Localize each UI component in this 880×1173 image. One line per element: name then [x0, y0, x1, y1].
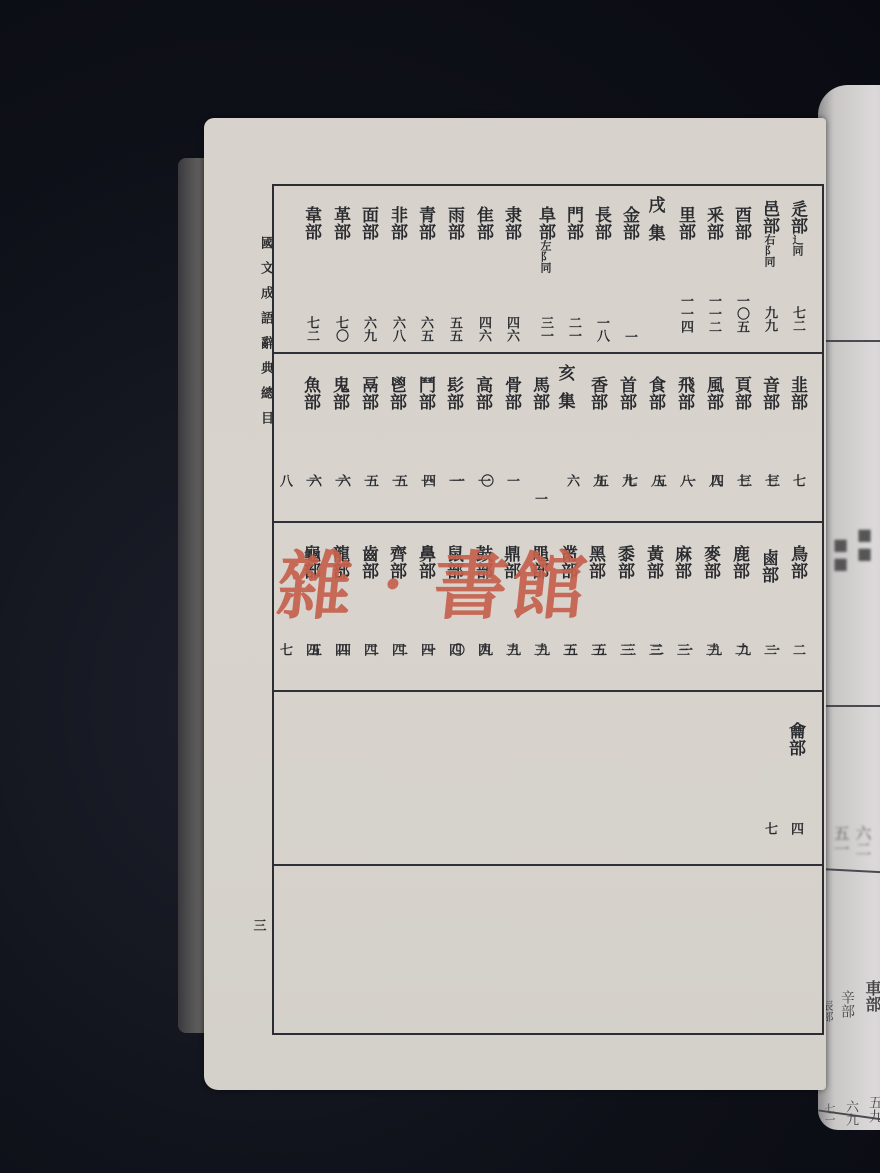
section-divider	[274, 864, 822, 866]
index-entry: 首部 九五	[613, 376, 639, 410]
page-ref: 三五	[582, 643, 608, 656]
index-entry: 阜部 左阝同 三一	[532, 206, 558, 356]
index-entry: 門部 二一	[560, 206, 586, 356]
index-entry: 骨部 一〇	[498, 376, 524, 410]
index-entry: 鼠部 四一	[440, 545, 466, 579]
radical-name: 麻部	[668, 545, 694, 579]
index-entry: 鳥部 二一	[784, 545, 810, 579]
index-entry: 龍部 四五	[326, 545, 352, 579]
page-ref: 一一四	[672, 294, 698, 333]
page-ref: 四六	[470, 316, 496, 342]
radical-name: 食部	[642, 376, 668, 410]
page-ref: 八一	[700, 474, 726, 487]
index-entry: 非部 六八	[384, 206, 410, 356]
page-ref: 四二	[383, 643, 409, 656]
radical-name: 龍部	[326, 545, 352, 579]
radical-name: 鬥部	[412, 376, 438, 410]
next-entry-radical: 辛部	[840, 990, 854, 1018]
radical-name: 辵部	[784, 200, 810, 234]
radical-name: 非部	[384, 206, 410, 240]
page-ref: 四六	[498, 316, 524, 342]
radical-name: 青部	[412, 206, 438, 240]
page-ref: 一四	[440, 474, 466, 487]
page-ref: 一一	[469, 474, 495, 487]
collection-label: 集	[554, 388, 580, 416]
radical-name: 頁部	[728, 376, 754, 410]
page-ref: 一〇五	[728, 294, 754, 333]
page-ref: 三三	[640, 643, 666, 656]
index-entry: 隹部 四六	[470, 206, 496, 356]
next-entry-page: 五九	[868, 1095, 880, 1123]
index-entry: 鬥部 一五	[412, 376, 438, 410]
page-ref: 九六	[584, 474, 610, 487]
index-entry: 音部 七三	[756, 376, 782, 410]
page-ref: 三五	[611, 643, 637, 656]
blurred-text: ■■	[856, 525, 872, 563]
rule-line	[818, 868, 880, 874]
radical-name: 革部	[327, 206, 353, 240]
index-entry: 香部 九六	[584, 376, 610, 410]
radical-name: 馬部	[526, 376, 552, 410]
page-ref: 六五	[412, 316, 438, 342]
radical-name: 雨部	[441, 206, 467, 240]
index-entry: 酉部 一〇五	[728, 206, 754, 356]
radical-name: 音部	[756, 376, 782, 410]
index-entry: 鹵部 二九	[755, 549, 781, 583]
page-ref: 六八	[384, 316, 410, 342]
blurred-text: ■■	[832, 535, 848, 573]
page-ref: 一八	[588, 316, 614, 342]
index-entry: 龜部 四七	[297, 545, 323, 579]
page-ref: 一	[616, 330, 642, 343]
radical-name: 鼓部	[469, 545, 495, 579]
rule-line	[818, 705, 880, 707]
page-ref: 三一	[697, 643, 723, 656]
page-ref: 三一	[532, 316, 558, 342]
index-entry: 麻部 三二	[668, 545, 694, 579]
page-ref: 七四	[728, 474, 754, 487]
page-ref: 七二	[298, 316, 324, 342]
index-entry: 黽部 三九	[525, 545, 551, 579]
page-ref: 四五	[326, 643, 352, 656]
index-entry: 里部 一一四	[672, 206, 698, 356]
page-ref: 一〇	[498, 474, 524, 487]
next-entry-page: 七一	[824, 1103, 835, 1125]
index-entry: 青部 六五	[412, 206, 438, 356]
page-ref: 八七	[642, 474, 668, 487]
radical-name: 龠部	[782, 722, 808, 756]
page-ref: 七三	[784, 474, 810, 487]
radical-name: 鼎部	[497, 545, 523, 579]
page-ref: 一六	[326, 474, 352, 487]
radical-name: 阜部	[532, 206, 558, 240]
radical-name: 飛部	[671, 376, 697, 410]
radical-name: 韭部	[784, 376, 810, 410]
index-section-4: 龠部 四七	[274, 692, 822, 864]
radical-name: 髟部	[440, 376, 466, 410]
radical-name: 鼻部	[412, 545, 438, 579]
index-entry: 魚部 一八	[297, 376, 323, 410]
next-entry-radical: 車部	[864, 980, 880, 1012]
collection-name: 戌	[644, 192, 670, 220]
page-ref: 一五	[412, 474, 438, 487]
radical-name: 鬯部	[383, 376, 409, 410]
radical-name: 骨部	[498, 376, 524, 410]
index-entry: 食部 八七	[642, 376, 668, 410]
radical-name: 高部	[469, 376, 495, 410]
page-ref: 四〇	[469, 643, 495, 656]
index-entry: 隶部 四六	[498, 206, 524, 356]
page-ref: 一	[526, 492, 552, 505]
radical-name: 風部	[700, 376, 726, 410]
radical-name: 酉部	[728, 206, 754, 240]
radical-name: 面部	[355, 206, 381, 240]
radical-name: 黃部	[640, 545, 666, 579]
page-ref: 二一	[784, 643, 810, 656]
page-ref: 七三	[756, 474, 782, 487]
index-entry: 馬部 一	[526, 376, 552, 410]
page-ref: 三九	[497, 643, 523, 656]
radical-name: 里部	[672, 206, 698, 240]
collection-heading: 亥 集	[554, 360, 580, 416]
radical-note: 辶同	[790, 234, 804, 256]
next-entry-page: 六九	[844, 1100, 857, 1126]
radical-name: 齊部	[383, 545, 409, 579]
radical-name: 首部	[613, 376, 639, 410]
page-ref: 四七	[297, 643, 323, 656]
radical-name: 鳥部	[784, 545, 810, 579]
radical-name: 齒部	[355, 545, 381, 579]
index-entry: 邑部 右阝同 九九	[756, 200, 782, 350]
radical-name: 隹部	[470, 206, 496, 240]
blurred-page: 五一	[832, 825, 848, 857]
radical-name: 隶部	[498, 206, 524, 240]
radical-name: 黑部	[582, 545, 608, 579]
radical-name: 鬲部	[355, 376, 381, 410]
radical-note: 右阝同	[762, 234, 776, 267]
page-ref: 一一二	[700, 294, 726, 333]
page-number: 三	[250, 915, 270, 934]
running-head: 國文成語辭典總目	[248, 236, 272, 436]
index-entry: 面部 六九	[355, 206, 381, 356]
page-ref: 一六	[355, 474, 381, 487]
radical-name: 黹部	[554, 545, 580, 579]
radical-name: 門部	[560, 206, 586, 240]
index-entry: 黹部 三九	[554, 545, 580, 579]
index-entry: 辵部 辶同 七二	[784, 200, 810, 350]
index-frame: 辵部 辶同 七二 邑部 右阝同 九九 酉部 一〇五 釆部 一一二 里部 一一四 …	[272, 184, 824, 1035]
index-entry: 黃部 三三	[640, 545, 666, 579]
radical-name: 金部	[616, 206, 642, 240]
blurred-page: 六二	[854, 825, 870, 857]
index-entry: 龠部 四七	[782, 722, 808, 756]
index-section-1: 辵部 辶同 七二 邑部 右阝同 九九 酉部 一〇五 釆部 一一二 里部 一一四 …	[274, 186, 822, 352]
index-entry: 鹿部 二九	[726, 545, 752, 579]
page-ref: 三二	[668, 643, 694, 656]
page-ref: 九五	[613, 474, 639, 487]
rule-line	[818, 340, 880, 342]
page-ref: 八五	[671, 474, 697, 487]
page-ref: 六九	[355, 316, 381, 342]
index-entry: 鼎部 三九	[497, 545, 523, 579]
page-ref: 四二	[412, 643, 438, 656]
index-entry: 鬲部 一六	[355, 376, 381, 410]
index-entry: 齒部 四四	[355, 545, 381, 579]
index-entry: 革部 七〇	[327, 206, 353, 356]
page-ref: 四四	[355, 643, 381, 656]
radical-name: 邑部	[756, 200, 782, 234]
radical-name: 鹿部	[726, 545, 752, 579]
collection-label: 集	[644, 220, 670, 248]
radical-name: 黍部	[611, 545, 637, 579]
radical-note: 左阝同	[538, 240, 552, 273]
page-ref: 四七	[782, 822, 808, 835]
index-entry: 鼓部 四〇	[469, 545, 495, 579]
page-ref: 七〇	[327, 316, 353, 342]
index-entry: 髟部 一四	[440, 376, 466, 410]
index-entry: 鬯部 一五	[383, 376, 409, 410]
index-entry: 飛部 八五	[671, 376, 697, 410]
page-ref: 三九	[554, 643, 580, 656]
radical-name: 長部	[588, 206, 614, 240]
index-entry: 鬼部 一六	[326, 376, 352, 410]
page-ref: 一八	[297, 474, 323, 487]
index-entry: 麥部 三一	[697, 545, 723, 579]
index-entry: 雨部 五五	[441, 206, 467, 356]
index-entry: 長部 一八	[588, 206, 614, 356]
index-entry: 鼻部 四二	[412, 545, 438, 579]
page-ref: 三九	[525, 643, 551, 656]
radical-name: 鼠部	[440, 545, 466, 579]
index-entry: 齊部 四二	[383, 545, 409, 579]
page-ref: 九九	[756, 306, 782, 332]
index-section-2: 韭部 七三 音部 七三 頁部 七四 風部 八一 飛部 八五 食部 八七 首部 九…	[274, 354, 822, 520]
radical-name: 龜部	[297, 545, 323, 579]
collection-heading: 戌 集	[644, 192, 670, 248]
radical-name: 麥部	[697, 545, 723, 579]
radical-name: 韋部	[298, 206, 324, 240]
index-entry: 頁部 七四	[728, 376, 754, 410]
index-entry: 黑部 三五	[582, 545, 608, 579]
index-entry: 釆部 一一二	[700, 206, 726, 356]
adjacent-page: ■■ ■■ 五一 六二 車部 辛部 辰部 五九 六九 七一	[818, 85, 880, 1130]
radical-name: 釆部	[700, 206, 726, 240]
page-ref: 二九	[726, 643, 752, 656]
index-entry: 黍部 三五	[611, 545, 637, 579]
index-entry: 高部 一一	[469, 376, 495, 410]
page-ref: 五五	[441, 316, 467, 342]
radical-name: 鹵部	[755, 549, 781, 583]
index-entry: 風部 八一	[700, 376, 726, 410]
radical-name: 鬼部	[326, 376, 352, 410]
page-ref: 一五	[383, 474, 409, 487]
collection-name: 亥	[554, 360, 580, 388]
index-section-3: 鳥部 二一 鹵部 二九 鹿部 二九 麥部 三一 麻部 三二 黃部 三三 黍部 三…	[274, 523, 822, 689]
page-ref: 七二	[784, 306, 810, 332]
page-ref: 四一	[440, 643, 466, 656]
radical-name: 香部	[584, 376, 610, 410]
index-entry: 韭部 七三	[784, 376, 810, 410]
index-entry: 金部 一	[616, 206, 642, 356]
radical-name: 魚部	[297, 376, 323, 410]
page-ref: 二九	[755, 643, 781, 656]
radical-name: 黽部	[525, 545, 551, 579]
index-entry: 韋部 七二	[298, 206, 324, 356]
page-ref: 二一	[560, 316, 586, 342]
